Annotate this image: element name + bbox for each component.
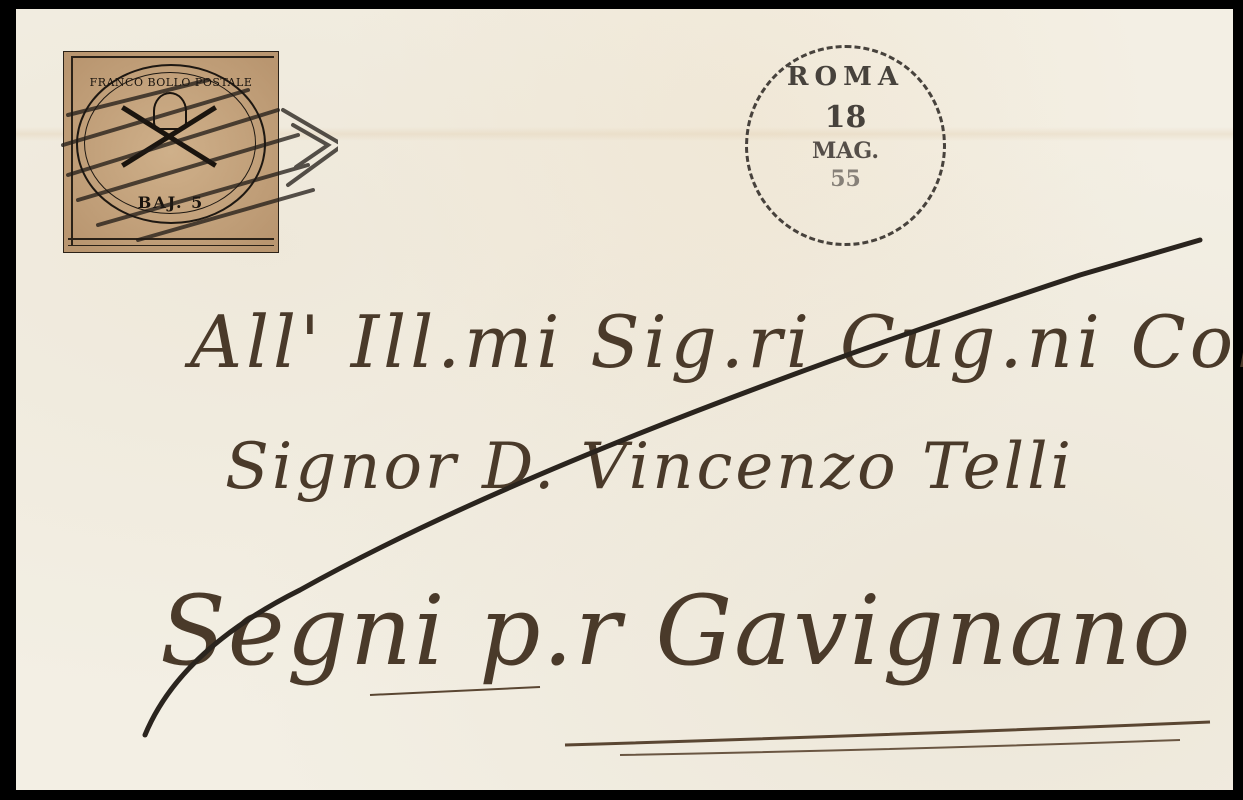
stamp-legend: FRANCO BOLLO POSTALE xyxy=(64,76,278,89)
postmark-year: 55 xyxy=(748,166,943,192)
postmark-city: ROMA xyxy=(748,62,943,92)
stamp-value: BAJ. 5 xyxy=(64,193,278,212)
postmark-day: 18 xyxy=(748,100,943,135)
stamp-bottom-lines xyxy=(68,238,274,246)
postmark-month: MAG. xyxy=(748,138,943,164)
postage-stamp: FRANCO BOLLO POSTALE BAJ. 5 xyxy=(63,51,279,253)
roma-postmark: ROMA 18 MAG. 55 xyxy=(745,45,946,246)
